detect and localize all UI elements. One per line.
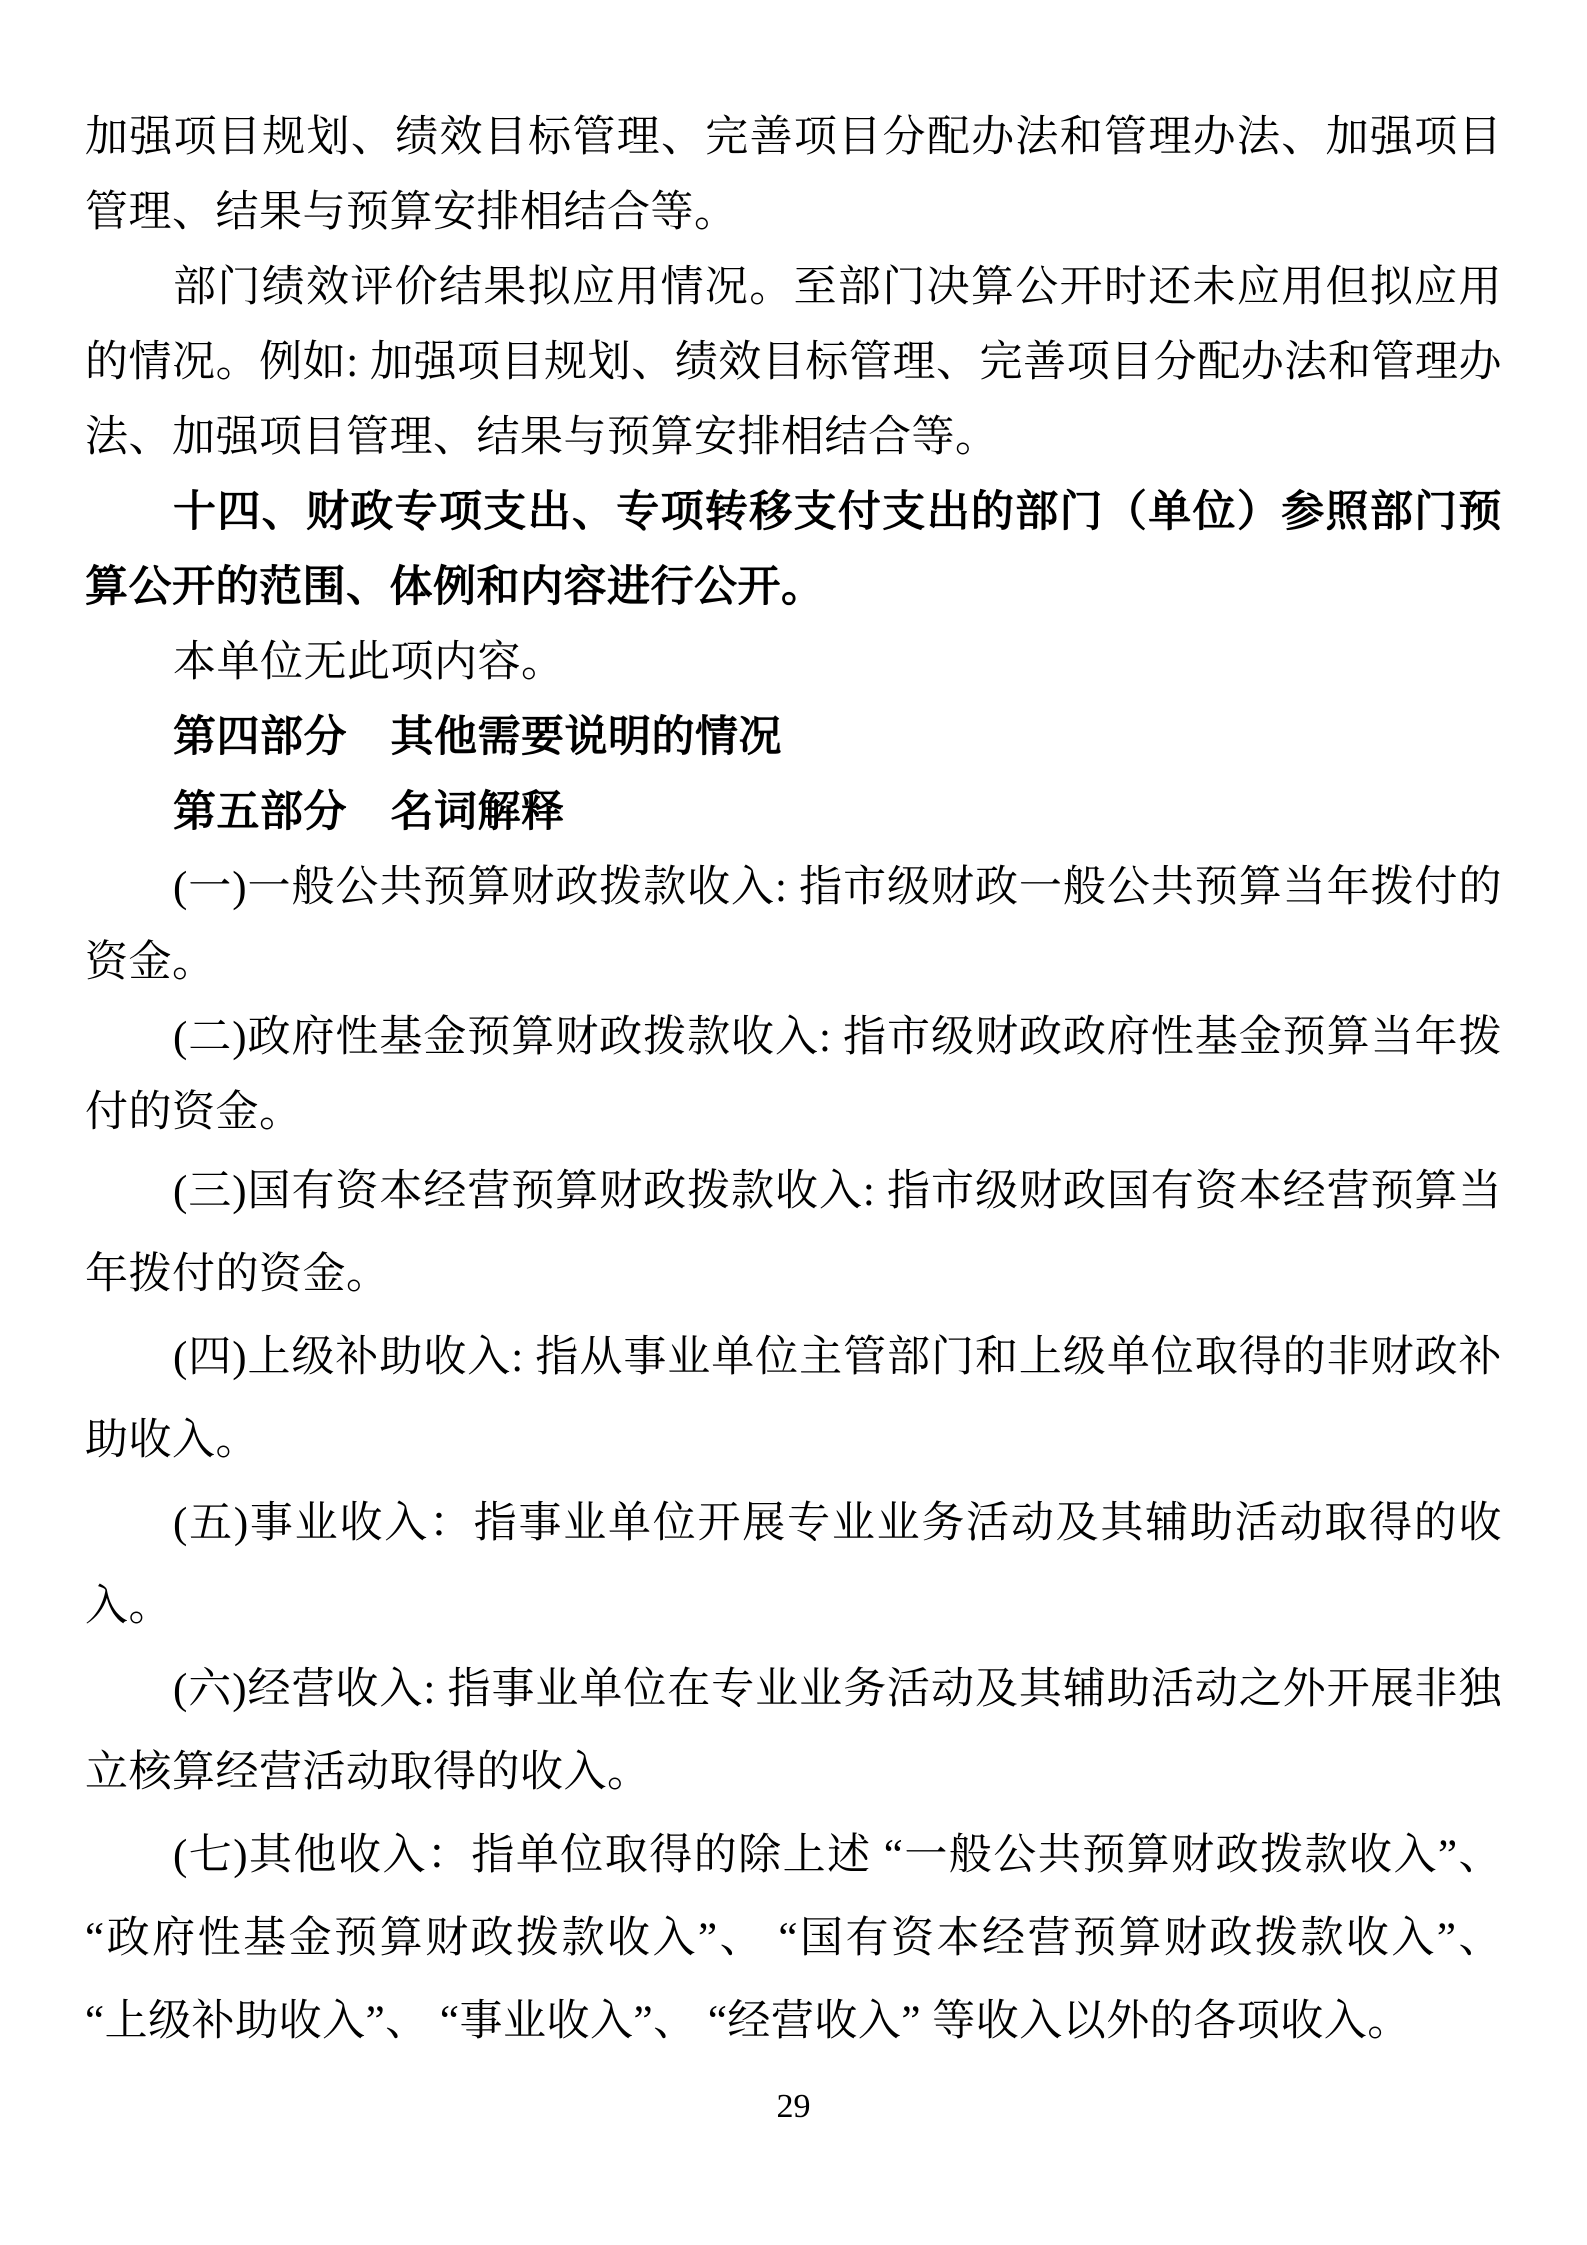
item-14-heading: 十四、财政专项支出、专项转移支付支出的部门（单位）参照部门预算公开的范围、体例和…: [85, 475, 1502, 625]
term-6-operating-income-definition: (六)经营收入: 指事业单位在专业业务活动及其辅助活动之外开展非独立核算经营活动…: [85, 1648, 1502, 1814]
term-7-other-income-definition: (七)其他收入：指单位取得的除上述 “一般公共预算财政拨款收入”、 “政府性基金…: [85, 1814, 1502, 2063]
term-4-superior-subsidy-definition: (四)上级补助收入: 指从事业单位主管部门和上级单位取得的非财政补助收入。: [85, 1316, 1502, 1482]
page-number: 29: [85, 2087, 1502, 2127]
part-4-heading: 第四部分 其他需要说明的情况: [85, 700, 1502, 775]
term-3-state-capital-definition: (三)国有资本经营预算财政拨款收入: 指市级财政国有资本经营预算当年拨付的资金。: [85, 1150, 1502, 1316]
term-5-business-income-definition: (五)事业收入：指事业单位开展专业业务活动及其辅助活动取得的收入。: [85, 1482, 1502, 1648]
performance-result-paragraph: 部门绩效评价结果拟应用情况。至部门决算公开时还未应用但拟应用的情况。例如: 加强…: [85, 250, 1502, 475]
no-content-note: 本单位无此项内容。: [85, 625, 1502, 700]
part-5-heading: 第五部分 名词解释: [85, 775, 1502, 850]
term-1-general-budget-definition: (一)一般公共预算财政拨款收入: 指市级财政一般公共预算当年拨付的资金。: [85, 850, 1502, 1000]
document-page: 加强项目规划、绩效目标管理、完善项目分配办法和管理办法、加强项目管理、结果与预算…: [0, 0, 1587, 2245]
term-2-gov-fund-definition: (二)政府性基金预算财政拨款收入: 指市级财政政府性基金预算当年拨付的资金。: [85, 1000, 1502, 1150]
continuation-paragraph: 加强项目规划、绩效目标管理、完善项目分配办法和管理办法、加强项目管理、结果与预算…: [85, 100, 1502, 250]
